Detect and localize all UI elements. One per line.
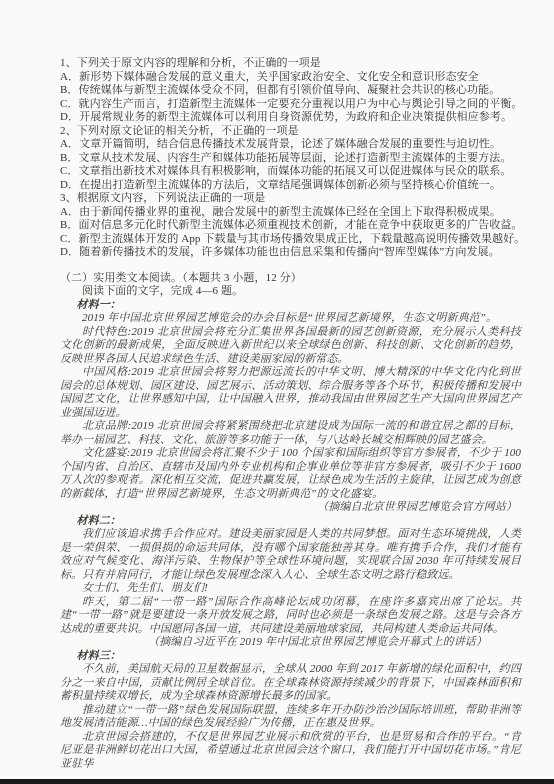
material-2-paragraph-1: 我们应该追求携手合作应对。建设美丽家园是人类的共同梦想。面对生态环境挑战，人类是… [60,528,521,582]
scan-edge-bar [0,779,554,784]
question-3-option-d: D．随着新传播技术的发展，许多媒体功能也由信息采集和传播向“智库型媒体”方向发展… [60,246,521,260]
section-2-instruction: 阅读下面的文字，完成 4—6 题。 [60,285,521,299]
material-2-paragraph-3: 昨天，第二届“一带一路”国际合作高峰论坛成功闭幕，在座许多嘉宾出席了论坛。共建“… [60,596,521,637]
material-1: 材料一： 2019 年中国北京世界园艺博览会的办会目标是“世界园艺新境界，生态文… [60,299,521,515]
material-3-label: 材料三： [60,650,521,664]
material-2: 材料二： 我们应该追求携手合作应对。建设美丽家园是人类的共同梦想。面对生态环境挑… [60,515,521,650]
question-2-option-b: B．文章从技术发展、内容生产和媒体功能拓展等层面，论述打造新型主流媒体的主要方法… [60,152,521,166]
question-3-stem: 3、根据原文内容，下列说法正确的一项是 [60,192,521,206]
question-3: 3、根据原文内容，下列说法正确的一项是 A．由于新闻传播业界的重视，融合发展中的… [60,192,521,260]
material-1-paragraph-2: 时代特色:2019 北京世园会将充分汇集世界各国最新的园艺创新资源，充分展示人类… [60,326,521,367]
material-1-label: 材料一： [60,299,521,313]
question-2-stem: 2、下列对原文论证的相关分析，不正确的一项是 [60,125,521,139]
question-2-option-c: C．文章指出新技术对媒体具有积极影响，而媒体功能的拓展又可以促进媒体与民众的联系… [60,165,521,179]
question-2: 2、下列对原文论证的相关分析，不正确的一项是 A．文章开篇简明，结合信息传播技术… [60,125,521,193]
question-2-option-a: A．文章开篇简明，结合信息传播技术发展背景，论述了媒体融合发展的重要性与迫切性。 [60,138,521,152]
material-3-paragraph-2: 推动建立“一带一路”绿色发展国际联盟，连续多年开办防沙治沙国际培训班，帮助非洲等… [60,704,521,731]
material-1-citation: （摘编自北京世界园艺博览会官方网站） [60,501,521,515]
material-3: 材料三： 不久前，美国航天局的卫星数据显示，全球从 2000 年到 2017 年… [60,650,521,772]
question-3-option-a: A．由于新闻传播业界的重视，融合发展中的新型主流媒体已经在全国上下取得积极成果。 [60,206,521,220]
material-1-paragraph-3: 中国风格:2019 北京世园会将努力把源远流长的中华文明、博大精深的中华文化内化… [60,366,521,420]
material-2-paragraph-2: 女士们、先生们、朋友们! [60,582,521,596]
question-1-option-a: A．新形势下媒体融合发展的意义重大，关乎国家政治安全、文化安全和意识形态安全 [60,71,521,85]
material-2-citation: （摘编自习近平在 2019 年中国北京世界园艺博览会开幕式上的讲话） [60,636,521,650]
question-2-option-d: D．在提出打造新型主流媒体的方法后，文章结尾强调媒体创新必须与坚持核心价值统一。 [60,179,521,193]
question-1-option-c: C．就内容生产而言，打造新型主流媒体一定要充分重视以用户为中心与舆论引导之间的平… [60,98,521,112]
question-1-option-b: B．传统媒体与新型主流媒体受众不同，但都有引领价值导向、凝聚社会共识的核心功能。 [60,84,521,98]
material-1-paragraph-4: 北京品牌:2019 北京世园会将紧紧围绕把北京建设成为国际一流的和谐宜居之都的目… [60,420,521,447]
section-2-title: （二）实用类文本阅读。（本题共 3 小题，12 分） [60,272,521,286]
material-1-paragraph-5: 文化盛宴:2019 北京世园会将汇聚不少于 100 个国家和国际组织等官方参展者… [60,447,521,501]
material-3-paragraph-3: 北京世园会搭建的，不仅是世界园艺业展示和欣赏的平台，也是贸易和合作的平台。“肯尼… [60,731,521,772]
question-1-option-d: D．开展常规业务的新型主流媒体可以利用自身资源优势，为政府和企业决策提供相应参考… [60,111,521,125]
question-1: 1、下列关于原文内容的理解和分析，不正确的一项是 A．新形势下媒体融合发展的意义… [60,57,521,125]
question-3-option-b: B．面对信息多元化时代新型主流媒体必须重视技术创新，才能在竞争中获取更多的广告收… [60,219,521,233]
exam-page: 1、下列关于原文内容的理解和分析，不正确的一项是 A．新形势下媒体融合发展的意义… [0,0,554,784]
question-1-stem: 1、下列关于原文内容的理解和分析，不正确的一项是 [60,57,521,71]
material-1-paragraph-1: 2019 年中国北京世界园艺博览会的办会目标是“世界园艺新境界，生态文明新典范”… [60,312,521,326]
question-3-option-c: C．新型主流媒体开发的 App 下载量与其市场传播效果成正比，下载量越高说明传播… [60,233,521,247]
exam-content: 1、下列关于原文内容的理解和分析，不正确的一项是 A．新形势下媒体融合发展的意义… [60,57,521,771]
material-2-label: 材料二： [60,515,521,529]
material-3-paragraph-1: 不久前，美国航天局的卫星数据显示，全球从 2000 年到 2017 年新增的绿化… [60,663,521,704]
